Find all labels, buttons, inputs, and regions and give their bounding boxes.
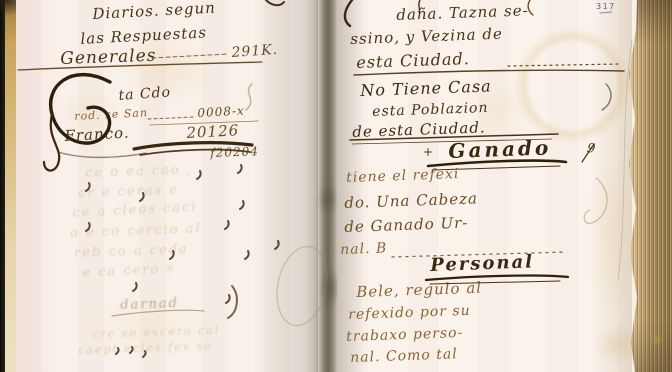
folio-number: 317 — [596, 2, 616, 11]
heading-personal: Personal — [430, 251, 534, 276]
left-total-20204: f20204 — [210, 144, 259, 160]
left-amount-0008: 0008-x — [197, 104, 245, 120]
left-amount-291k: 291K. — [231, 42, 279, 61]
gutter-shadow-knot — [320, 268, 340, 308]
gutter-shadow-knot — [318, 182, 338, 216]
bleedthrough-underlined-word: darnad — [120, 296, 179, 313]
left-line-franco: Franco. — [64, 124, 130, 145]
manuscript-scan: ce o ea cao , cr e ceras e ce a cleos ca… — [0, 0, 672, 372]
heading-ganado: Ganado — [448, 135, 552, 163]
right-line-nal: nal. B — [340, 240, 388, 258]
ganado-plus-mark: + — [423, 145, 434, 159]
right-line-esta-ciudad: esta Ciudad. — [356, 49, 470, 72]
left-line-generales: Generales — [60, 46, 157, 69]
left-amount-20126: 20126 — [186, 121, 240, 142]
